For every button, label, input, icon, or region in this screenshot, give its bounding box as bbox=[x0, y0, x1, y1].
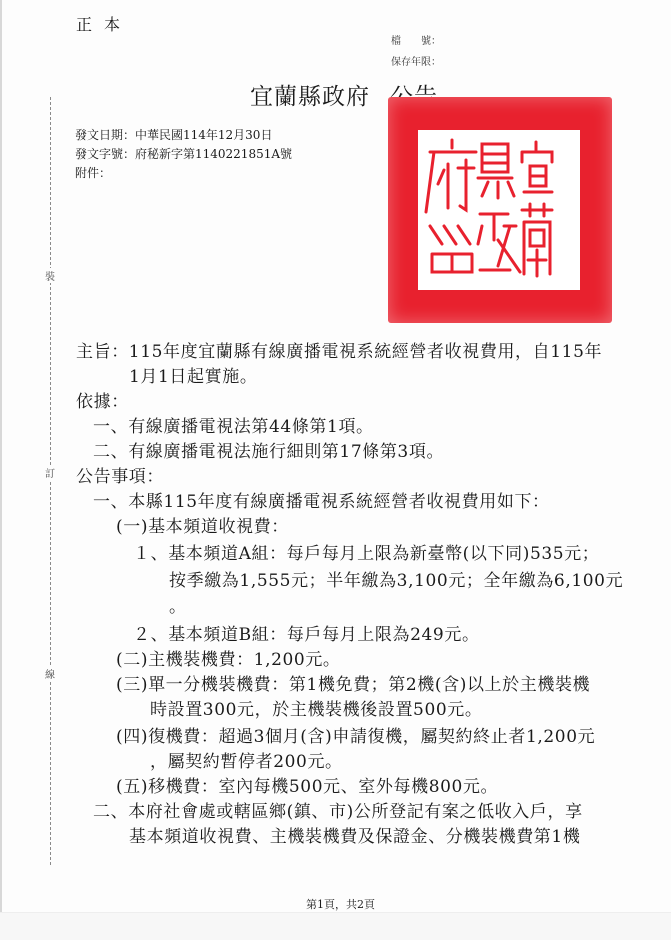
document-page: 正本 檔 號： 保存年限： 宜蘭縣政府公告 發文日期：中華民國114年12月30… bbox=[0, 0, 671, 940]
fee-line-cont: 按季繳為1,555元；半年繳為3,100元；全年繳為6,100元 bbox=[169, 566, 623, 591]
basis-item: 二、有線廣播電視法施行細則第17條第3項。 bbox=[93, 437, 444, 462]
page-edge bbox=[0, 0, 2, 940]
seal-inner-field bbox=[418, 130, 580, 290]
fee-section: (五)移機費：室內每機500元、室外每機800元。 bbox=[116, 772, 498, 797]
fee-line: １、基本頻道A組：每戶每月上限為新臺幣(以下同)535元； bbox=[133, 539, 599, 564]
basis-item: 一、有線廣播電視法第44條第1項。 bbox=[93, 412, 374, 437]
seal-script-glyphs-icon bbox=[418, 130, 580, 290]
issue-date: 發文日期：中華民國114年12月30日 bbox=[75, 126, 272, 143]
binding-mark: 訂 bbox=[45, 465, 55, 480]
file-number-label: 檔 號： bbox=[391, 32, 441, 47]
attachment-label: 附件： bbox=[75, 164, 111, 181]
binding-mark: 線 bbox=[45, 666, 55, 681]
fee-section: (四)復機費：超過3個月(含)申請復機，屬契約終止者1,200元 bbox=[116, 722, 595, 747]
notice-item-2: 二、本府社會處或轄區鄉(鎮、市)公所登記有案之低收入戶，享 bbox=[93, 797, 583, 822]
binding-line bbox=[50, 97, 51, 865]
fee-section: (三)單一分機裝機費：第1機免費；第2機(含)以上於主機裝機 bbox=[116, 670, 590, 695]
fee-section: (二)主機裝機費：1,200元。 bbox=[116, 645, 341, 670]
retention-period-label: 保存年限： bbox=[391, 53, 441, 68]
subject-line-cont: 1月1日起實施。 bbox=[129, 362, 257, 387]
page-bottom-edge bbox=[0, 912, 671, 940]
copy-label: 正本 bbox=[76, 12, 132, 35]
notice-item-2-cont: 基本頻道收視費、主機裝機費及保證金、分機裝機費第1機 bbox=[129, 822, 580, 847]
official-seal-stamp bbox=[388, 97, 612, 323]
page-indicator: 第1頁，共2頁 bbox=[306, 896, 375, 912]
fee-line-cont: 。 bbox=[169, 592, 187, 617]
subject-line: 主旨：115年度宜蘭縣有線廣播電視系統經營者收視費用，自115年 bbox=[76, 337, 602, 362]
document-number: 發文字號：府秘新字第1140221851A號 bbox=[75, 145, 292, 162]
fee-section-heading: (一)基本頻道收視費： bbox=[116, 512, 289, 537]
title-organization: 宜蘭縣政府 bbox=[250, 84, 370, 110]
fee-section-cont: ，屬契約暫停者200元。 bbox=[150, 747, 343, 772]
binding-mark: 裝 bbox=[45, 268, 55, 283]
notice-heading: 公告事項： bbox=[76, 462, 164, 487]
fee-line: ２、基本頻道B組：每戶每月上限為249元。 bbox=[133, 620, 480, 645]
basis-heading: 依據： bbox=[76, 387, 129, 412]
fee-section-cont: 時設置300元，於主機裝機後設置500元。 bbox=[150, 695, 483, 720]
notice-item-1: 一、本縣115年度有線廣播電視系統經營者收視費用如下： bbox=[93, 487, 550, 512]
